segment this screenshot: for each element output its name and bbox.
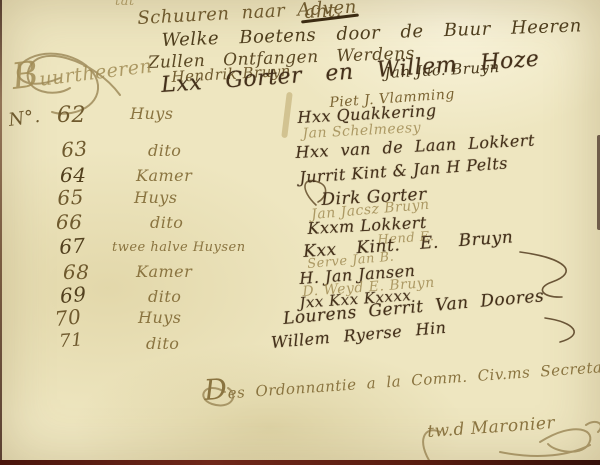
- row-number-62: 62: [57, 104, 86, 127]
- footer-signature: tw.d Maronier: [427, 415, 556, 442]
- row-number-71: 71: [59, 331, 84, 352]
- row-type-69: dito: [148, 289, 181, 306]
- row-type-70: Huys: [138, 310, 182, 327]
- row-number-63: 63: [61, 138, 89, 161]
- row-type-67: twee halve Huysen: [112, 241, 246, 255]
- row-type-65: Huys: [134, 190, 178, 207]
- photo-edge-left: [0, 0, 2, 465]
- torn-top-text-fragment: tat: [115, 0, 135, 9]
- row-type-62: Huys: [130, 106, 174, 123]
- row-number-64: 64: [60, 165, 86, 186]
- row-number-65: 65: [57, 187, 85, 209]
- row-number-69: 69: [59, 284, 87, 307]
- row-type-64: Kamer: [136, 168, 192, 185]
- row-type-66: dito: [150, 215, 183, 232]
- row-type-63: dito: [148, 143, 181, 160]
- ink-smudge-streak: [281, 92, 293, 138]
- row-number-68: 68: [63, 262, 89, 283]
- header-word-buurtheeren: Buurtheeren: [12, 57, 154, 94]
- manuscript-page: tat Schuuren naar Adven ant. Welke Boete…: [0, 0, 600, 465]
- row-number-66: 66: [56, 212, 82, 233]
- photo-edge-bottom: [0, 460, 600, 465]
- row-number-67: 67: [59, 235, 87, 258]
- row-number-70: 70: [54, 306, 83, 330]
- number-column-label: N°.: [7, 108, 41, 131]
- footer-ordonnantie-line: Des Ordonnantie a la Comm. Civ.ms Secret…: [204, 359, 600, 404]
- row-type-71: dito: [146, 336, 179, 353]
- row-type-68: Kamer: [136, 264, 192, 281]
